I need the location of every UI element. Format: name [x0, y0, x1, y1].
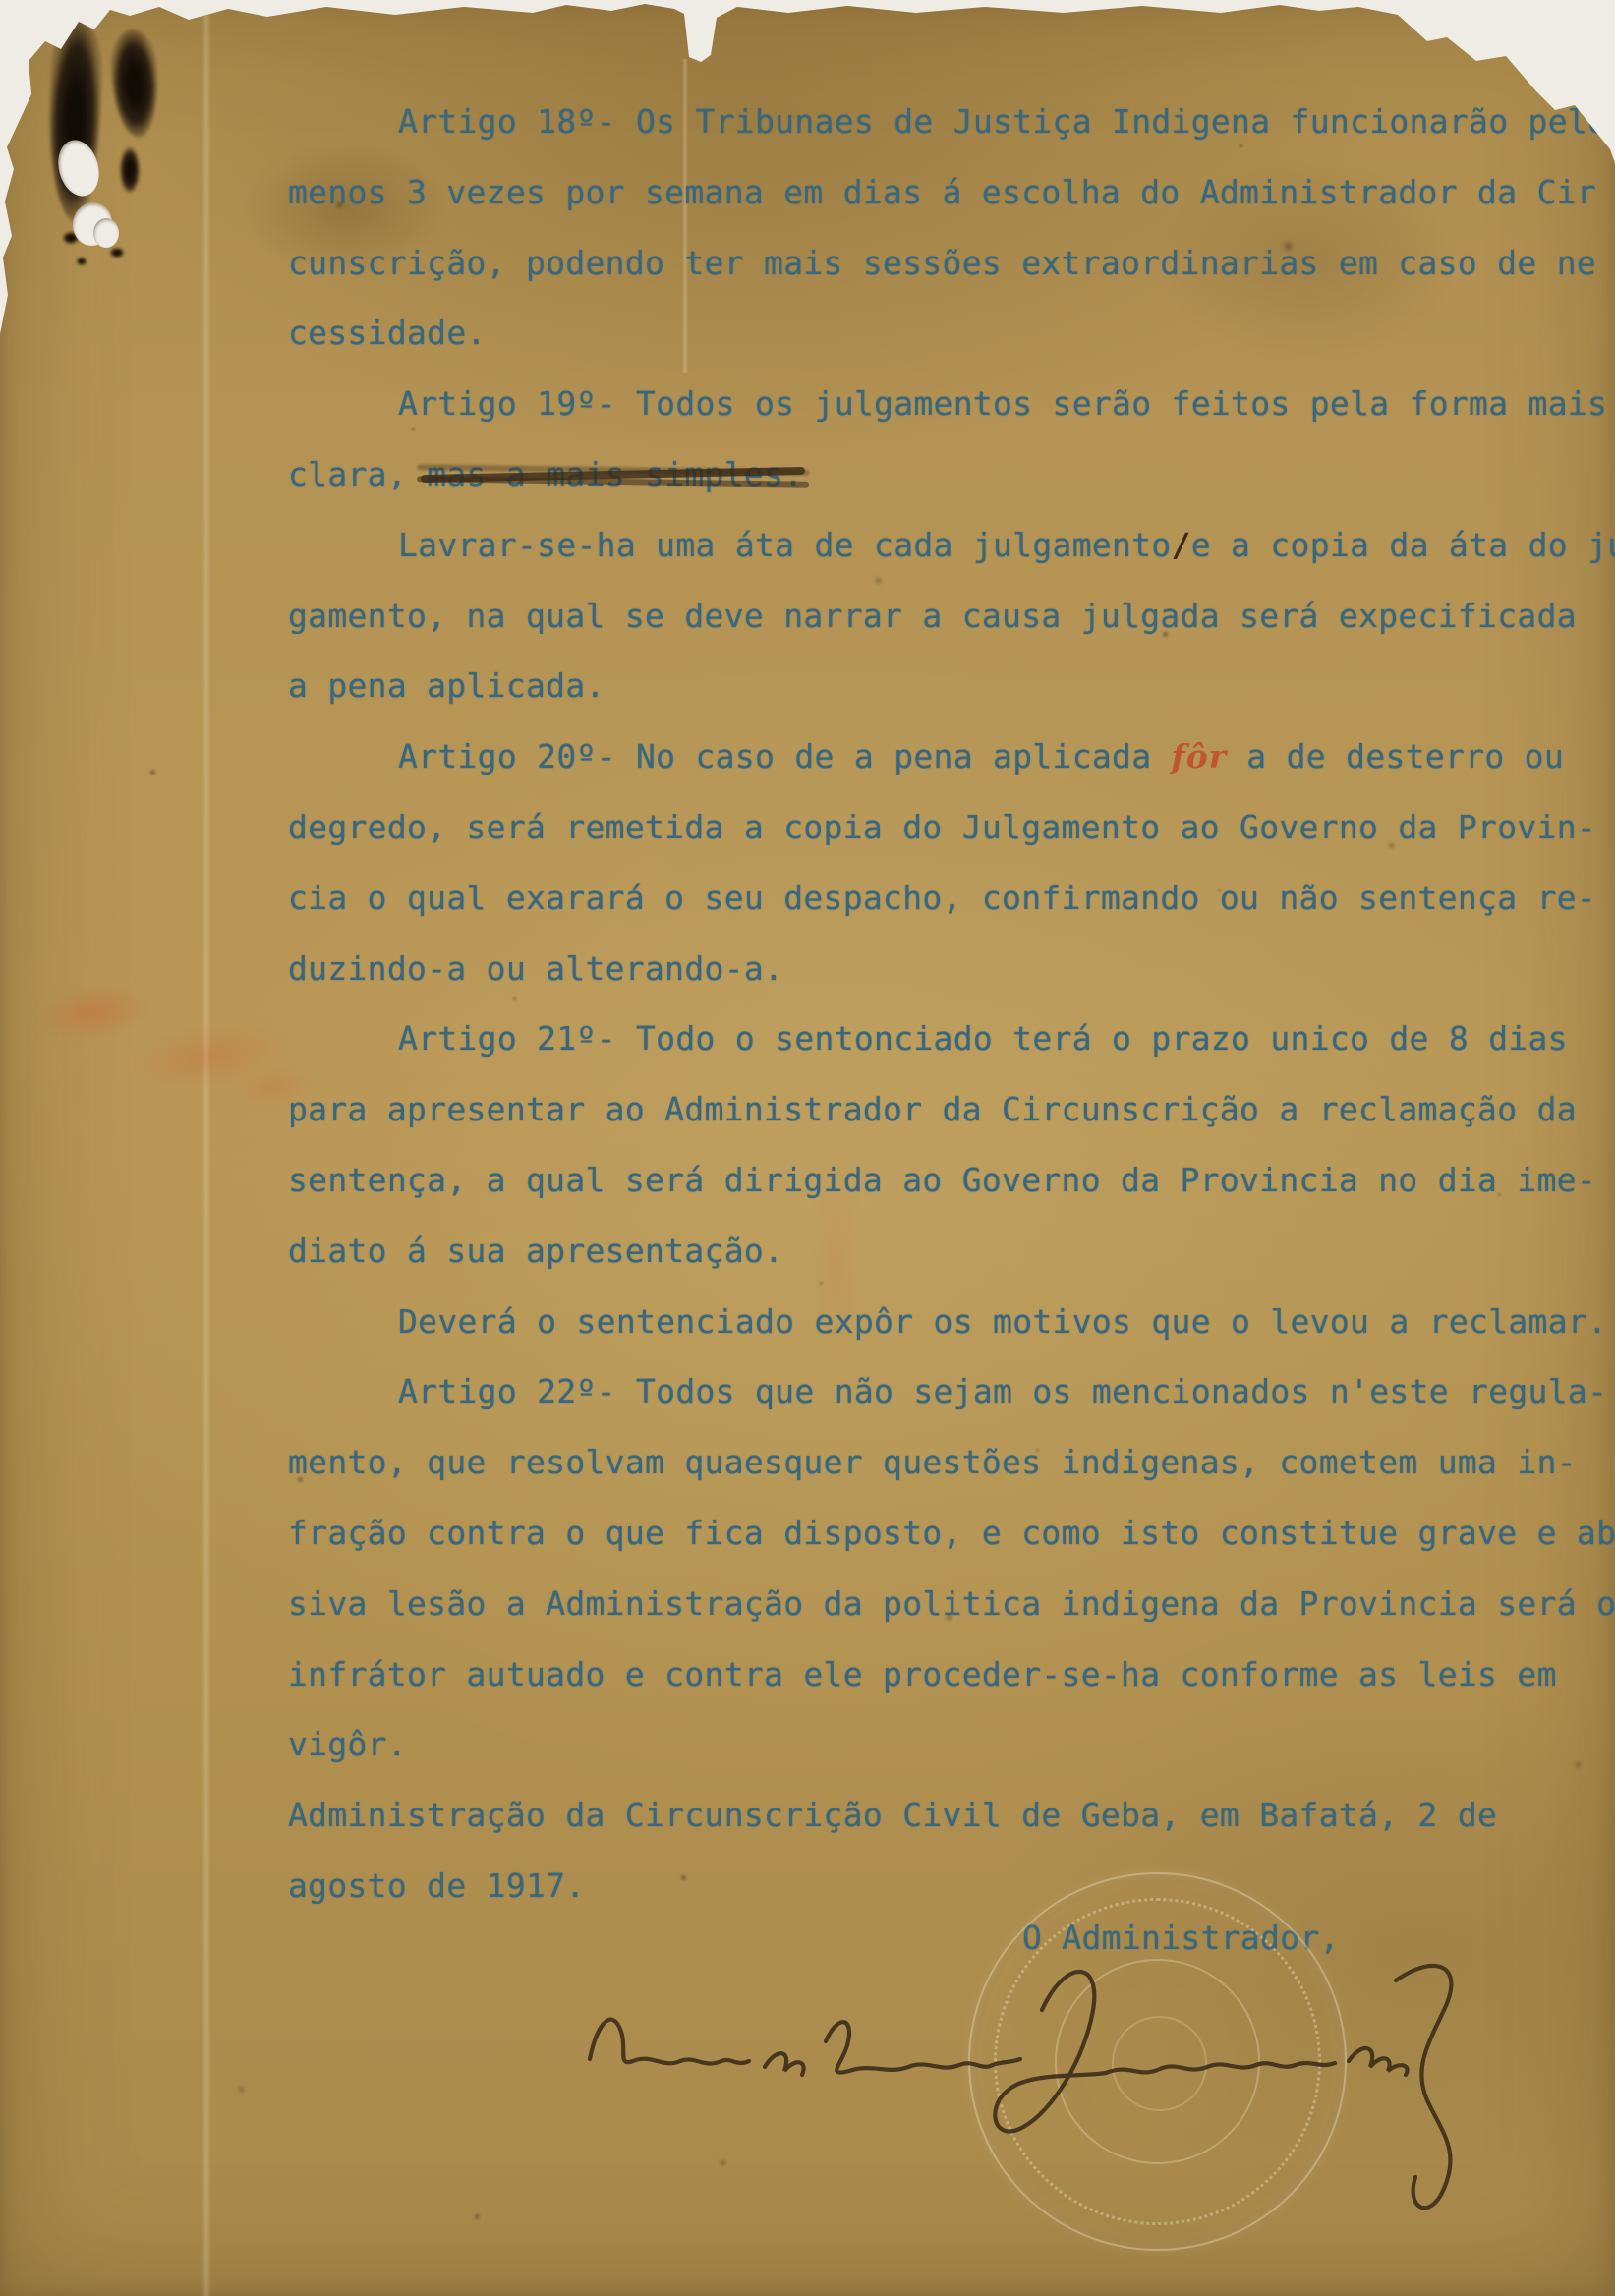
typed-segment: Artigo 19º- Todos os julgamentos serão f… — [398, 384, 1607, 423]
typed-segment: diato á sua apresentação. — [288, 1232, 783, 1270]
typed-line: fração contra o que fica disposto, e com… — [288, 1498, 1586, 1569]
typed-line: a pena aplicada. — [288, 651, 1586, 721]
typed-segment: menos 3 vezes por semana em dias á escol… — [288, 173, 1596, 211]
typed-line: Administração da Circunscrição Civil de … — [288, 1780, 1586, 1851]
typed-segment: cunscrição, podendo ter mais sessões ext… — [288, 244, 1596, 282]
typed-segment-red: fôr — [1172, 737, 1228, 775]
typed-line: Artigo 20º- No caso de a pena aplicada f… — [288, 721, 1586, 792]
typed-segment: para apresentar ao Administrador da Circ… — [288, 1090, 1577, 1128]
typed-segment: infrátor autuado e contra ele proceder-s… — [288, 1655, 1557, 1693]
typed-line: menos 3 vezes por semana em dias á escol… — [288, 157, 1586, 228]
typed-line: Artigo 22º- Todos que não sejam os menci… — [288, 1356, 1586, 1427]
typed-segment: Lavrar-se-ha uma áta de cada julgamento — [398, 526, 1172, 564]
typed-segment: degredo, será remetida a copia do Julgam… — [288, 808, 1596, 846]
paper-speckles — [0, 0, 1, 1]
typed-segment: siva lesão a Administração da politica i… — [288, 1584, 1615, 1623]
typed-segment: Artigo 22º- Todos que não sejam os menci… — [398, 1372, 1607, 1410]
typed-segment: a de desterro ou — [1227, 737, 1564, 775]
typed-line: diato á sua apresentação. — [288, 1216, 1586, 1287]
typed-segment-pen: / — [1172, 526, 1191, 564]
paper-hole — [93, 218, 119, 248]
typed-line: Artigo 21º- Todo o sentonciado terá o pr… — [288, 1004, 1586, 1074]
typed-segment: duzindo-a ou alterando-a. — [288, 949, 783, 988]
typed-line: mento, que resolvam quaesquer questões i… — [288, 1427, 1586, 1498]
typed-line: infrátor autuado e contra ele proceder-s… — [288, 1639, 1586, 1710]
typed-segment: Artigo 21º- Todo o sentonciado terá o pr… — [398, 1019, 1568, 1058]
typed-segment: sentença, a qual será dirigida ao Govern… — [288, 1161, 1596, 1199]
typed-line: agosto de 1917. — [288, 1851, 1586, 1922]
typed-segment: cia o qual exarará o seu despacho, confi… — [288, 879, 1596, 917]
typed-segment: clara, — [288, 455, 427, 493]
typed-line: cunscrição, podendo ter mais sessões ext… — [288, 228, 1586, 299]
ink-blot — [120, 147, 140, 193]
typed-segment: mento, que resolvam quaesquer questões i… — [288, 1443, 1577, 1481]
typed-segment: cessidade. — [288, 314, 487, 352]
typed-segment: Artigo 20º- No caso de a pena aplicada — [398, 737, 1172, 775]
typed-line: Deverá o sentenciado expôr os motivos qu… — [288, 1287, 1586, 1357]
typed-line: Lavrar-se-ha uma áta de cada julgamento/… — [288, 510, 1586, 581]
typed-segment: vigôr. — [288, 1725, 407, 1763]
vertical-crease — [202, 0, 211, 2296]
typed-line: degredo, será remetida a copia do Julgam… — [288, 792, 1586, 863]
ink-spot — [77, 258, 87, 265]
typed-line: siva lesão a Administração da politica i… — [288, 1569, 1586, 1639]
paper-sheet: Artigo 18º- Os Tribunaes de Justiça Indi… — [0, 0, 1615, 2296]
typed-line: gamento, na qual se deve narrar a causa … — [288, 581, 1586, 652]
typed-line: para apresentar ao Administrador da Circ… — [288, 1074, 1586, 1145]
typed-segment: e a copia da áta do jul — [1191, 526, 1615, 564]
ink-blot — [109, 29, 160, 139]
typed-line: duzindo-a ou alterando-a. — [288, 934, 1586, 1004]
typed-line: sentença, a qual será dirigida ao Govern… — [288, 1145, 1586, 1216]
typed-line: Artigo 18º- Os Tribunaes de Justiça Indi… — [288, 86, 1586, 157]
typed-segment: agosto de 1917. — [288, 1866, 586, 1905]
typed-segment: gamento, na qual se deve narrar a causa … — [288, 597, 1577, 635]
typed-line: clara, mas a mais simples. — [288, 439, 1586, 510]
ink-spot — [110, 248, 124, 258]
typed-line: cia o qual exarará o seu despacho, confi… — [288, 863, 1586, 934]
typed-segment: Artigo 18º- Os Tribunaes de Justiça Indi… — [398, 102, 1607, 141]
typed-segment: Deverá o sentenciado expôr os motivos qu… — [398, 1302, 1607, 1341]
typed-line: Artigo 19º- Todos os julgamentos serão f… — [288, 369, 1586, 439]
typed-segment-struck: mas a mais simples. — [427, 455, 803, 493]
typed-segment: fração contra o que fica disposto, e com… — [288, 1514, 1615, 1552]
signature-handwriting — [531, 1951, 1533, 2275]
typed-text: Artigo 18º- Os Tribunaes de Justiça Indi… — [288, 86, 1586, 1922]
typed-segment: Administração da Circunscrição Civil de … — [288, 1796, 1497, 1834]
typed-line: vigôr. — [288, 1709, 1586, 1780]
typed-line: cessidade. — [288, 298, 1586, 369]
typed-segment: a pena aplicada. — [288, 666, 606, 705]
